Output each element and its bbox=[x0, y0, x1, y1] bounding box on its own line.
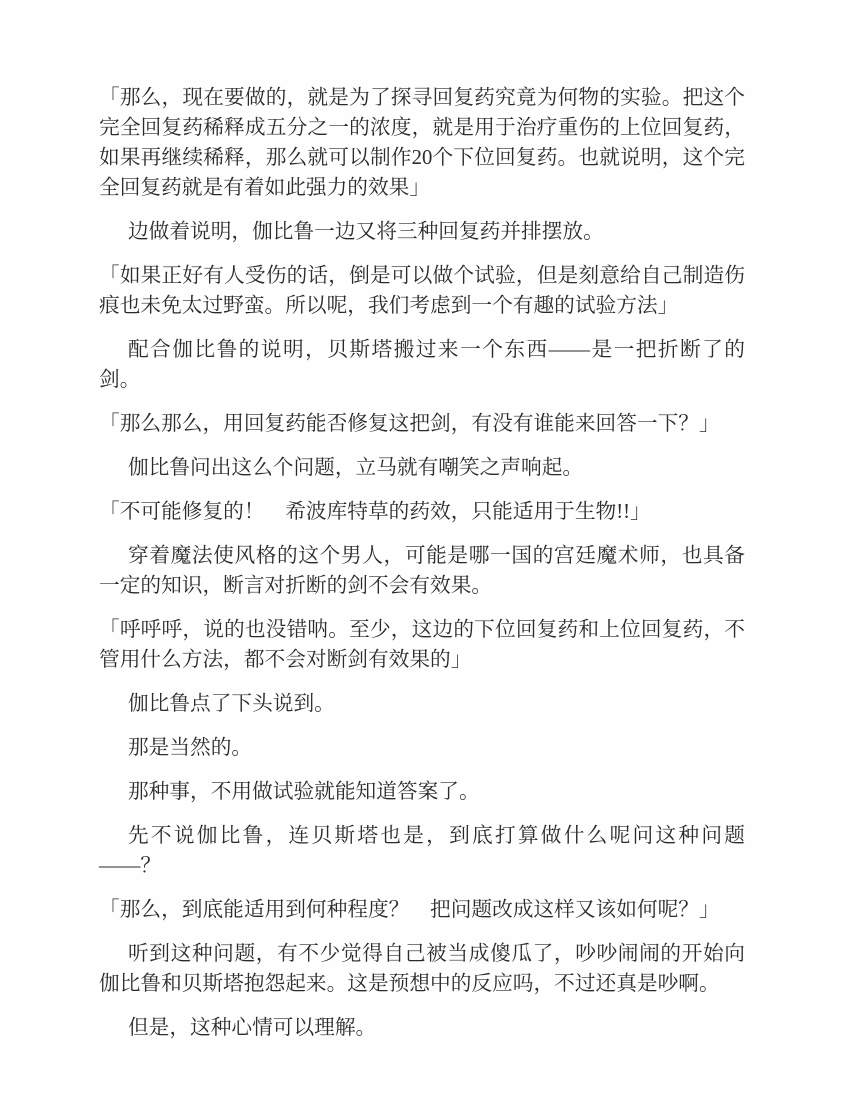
paragraph: 「不可能修复的！ 希波库特草的药效，只能适用于生物!!」 bbox=[99, 497, 745, 527]
novel-text-block: 「那么，现在要做的，就是为了探寻回复药究竟为何物的实验。把这个完全回复药稀释成五… bbox=[99, 83, 745, 1057]
paragraph: 那种事，不用做试验就能知道答案了。 bbox=[99, 777, 745, 807]
paragraph: 配合伽比鲁的说明，贝斯塔搬过来一个东西——是一把折断了的剑。 bbox=[99, 335, 745, 395]
novel-page: 「那么，现在要做的，就是为了探寻回复药究竟为何物的实验。把这个完全回复药稀释成五… bbox=[0, 0, 850, 1100]
paragraph: 「那么，现在要做的，就是为了探寻回复药究竟为何物的实验。把这个完全回复药稀释成五… bbox=[99, 83, 745, 203]
paragraph: 先不说伽比鲁，连贝斯塔也是，到底打算做什么呢问这种问题——？ bbox=[99, 821, 745, 881]
paragraph: 「如果正好有人受伤的话，倒是可以做个试验，但是刻意给自己制造伤痕也未免太过野蛮。… bbox=[99, 261, 745, 321]
paragraph: 边做着说明，伽比鲁一边又将三种回复药并排摆放。 bbox=[99, 217, 745, 247]
paragraph: 伽比鲁点了下头说到。 bbox=[99, 689, 745, 719]
paragraph: 伽比鲁问出这么个问题，立马就有嘲笑之声响起。 bbox=[99, 453, 745, 483]
paragraph: 「那么，到底能适用到何种程度？ 把问题改成这样又该如何呢？」 bbox=[99, 895, 745, 925]
paragraph: 穿着魔法使风格的这个男人，可能是哪一国的宫廷魔术师，也具备一定的知识，断言对折断… bbox=[99, 541, 745, 601]
paragraph: 听到这种问题，有不少觉得自己被当成傻瓜了，吵吵闹闹的开始向伽比鲁和贝斯塔抱怨起来… bbox=[99, 939, 745, 999]
paragraph: 「呼呼呼，说的也没错呐。至少，这边的下位回复药和上位回复药，不管用什么方法，都不… bbox=[99, 615, 745, 675]
paragraph: 但是，这种心情可以理解。 bbox=[99, 1013, 745, 1043]
paragraph: 「那么那么，用回复药能否修复这把剑，有没有谁能来回答一下？」 bbox=[99, 409, 745, 439]
paragraph: 那是当然的。 bbox=[99, 733, 745, 763]
